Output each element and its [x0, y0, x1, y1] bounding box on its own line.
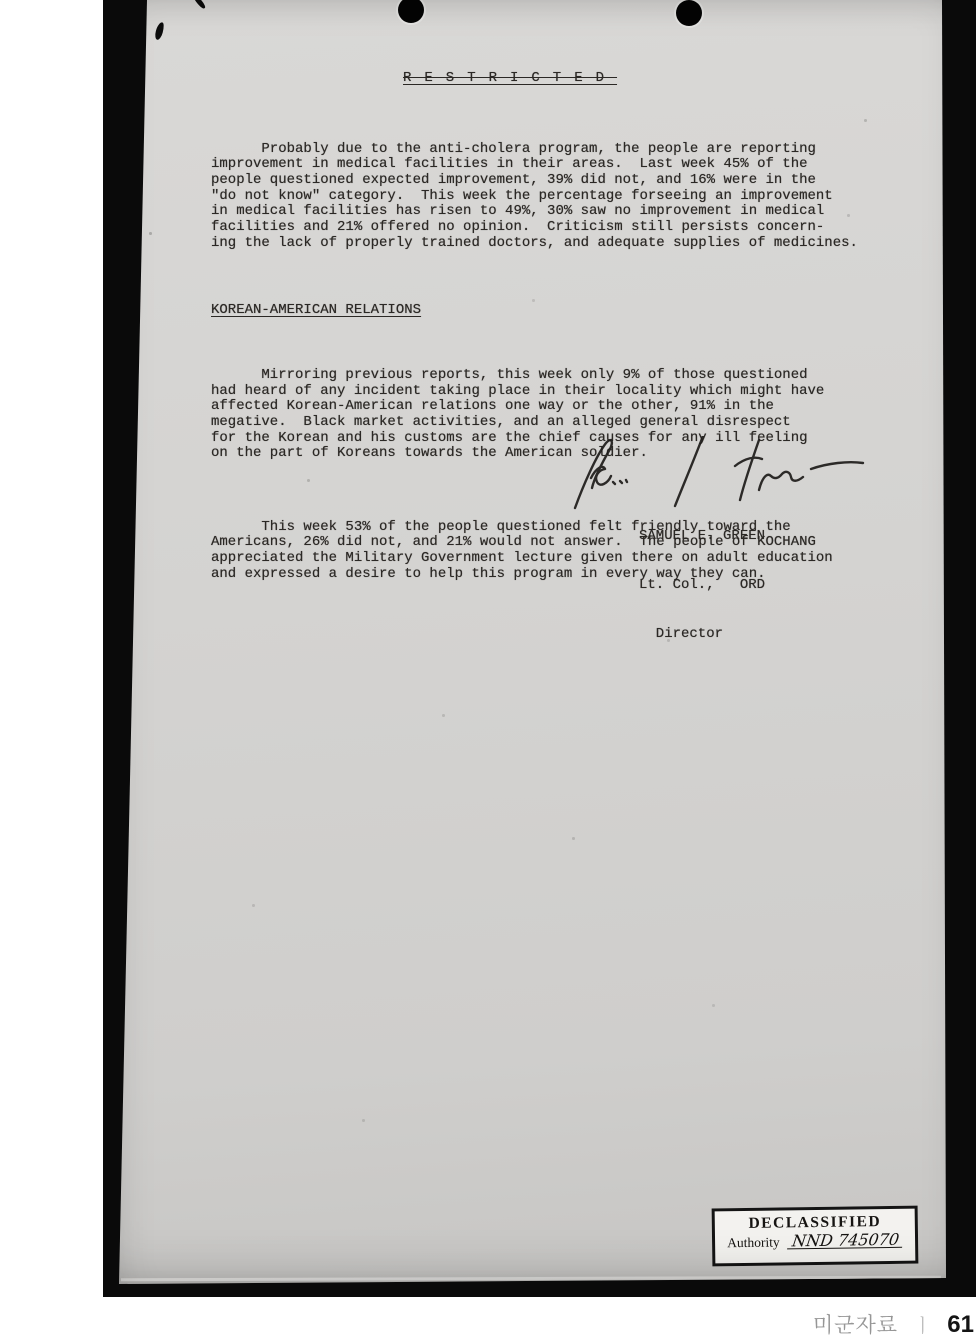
- signer-rank: Lt. Col., ORD: [639, 577, 765, 595]
- punch-hole-icon: [398, 0, 424, 23]
- document-paper: RESTRICTED Probably due to the anti-chol…: [103, 0, 976, 1297]
- signer-title: Director: [639, 626, 765, 644]
- footer-caption: 미군자료: [813, 1314, 898, 1336]
- stamp-authority-label: Authority: [727, 1234, 780, 1250]
- page-footer: 미군자료 ㅣ 61: [654, 1309, 976, 1336]
- ink-mark-icon: [192, 0, 206, 10]
- paragraph-friendliness: This week 53% of the people questioned f…: [211, 520, 921, 583]
- declassified-stamp: DECLASSIFIED Authority NND 745070: [712, 1206, 919, 1267]
- paragraph-medical-facilities: Probably due to the anti-cholera program…: [211, 142, 921, 252]
- punch-hole-icon: [676, 0, 702, 26]
- footer-separator: ㅣ: [913, 1316, 931, 1336]
- footer-page-number: 61: [947, 1311, 974, 1336]
- stamp-authority-number: NND 745070: [787, 1232, 904, 1250]
- stamp-authority-line: Authority NND 745070: [715, 1232, 915, 1252]
- paper-speckles: [103, 0, 104, 1]
- signature-typed-block: SAMUEL E. GREEN Lt. Col., ORD Director: [639, 497, 765, 675]
- scan-background: RESTRICTED Probably due to the anti-chol…: [103, 0, 976, 1297]
- classification-header: RESTRICTED: [403, 71, 617, 87]
- section-heading: KOREAN-AMERICAN RELATIONS: [211, 303, 421, 319]
- paper-bottom-edge: [121, 1276, 941, 1281]
- ink-mark-icon: [154, 21, 165, 40]
- document-body: RESTRICTED Probably due to the anti-chol…: [211, 40, 921, 614]
- signer-name: SAMUEL E. GREEN: [639, 528, 765, 546]
